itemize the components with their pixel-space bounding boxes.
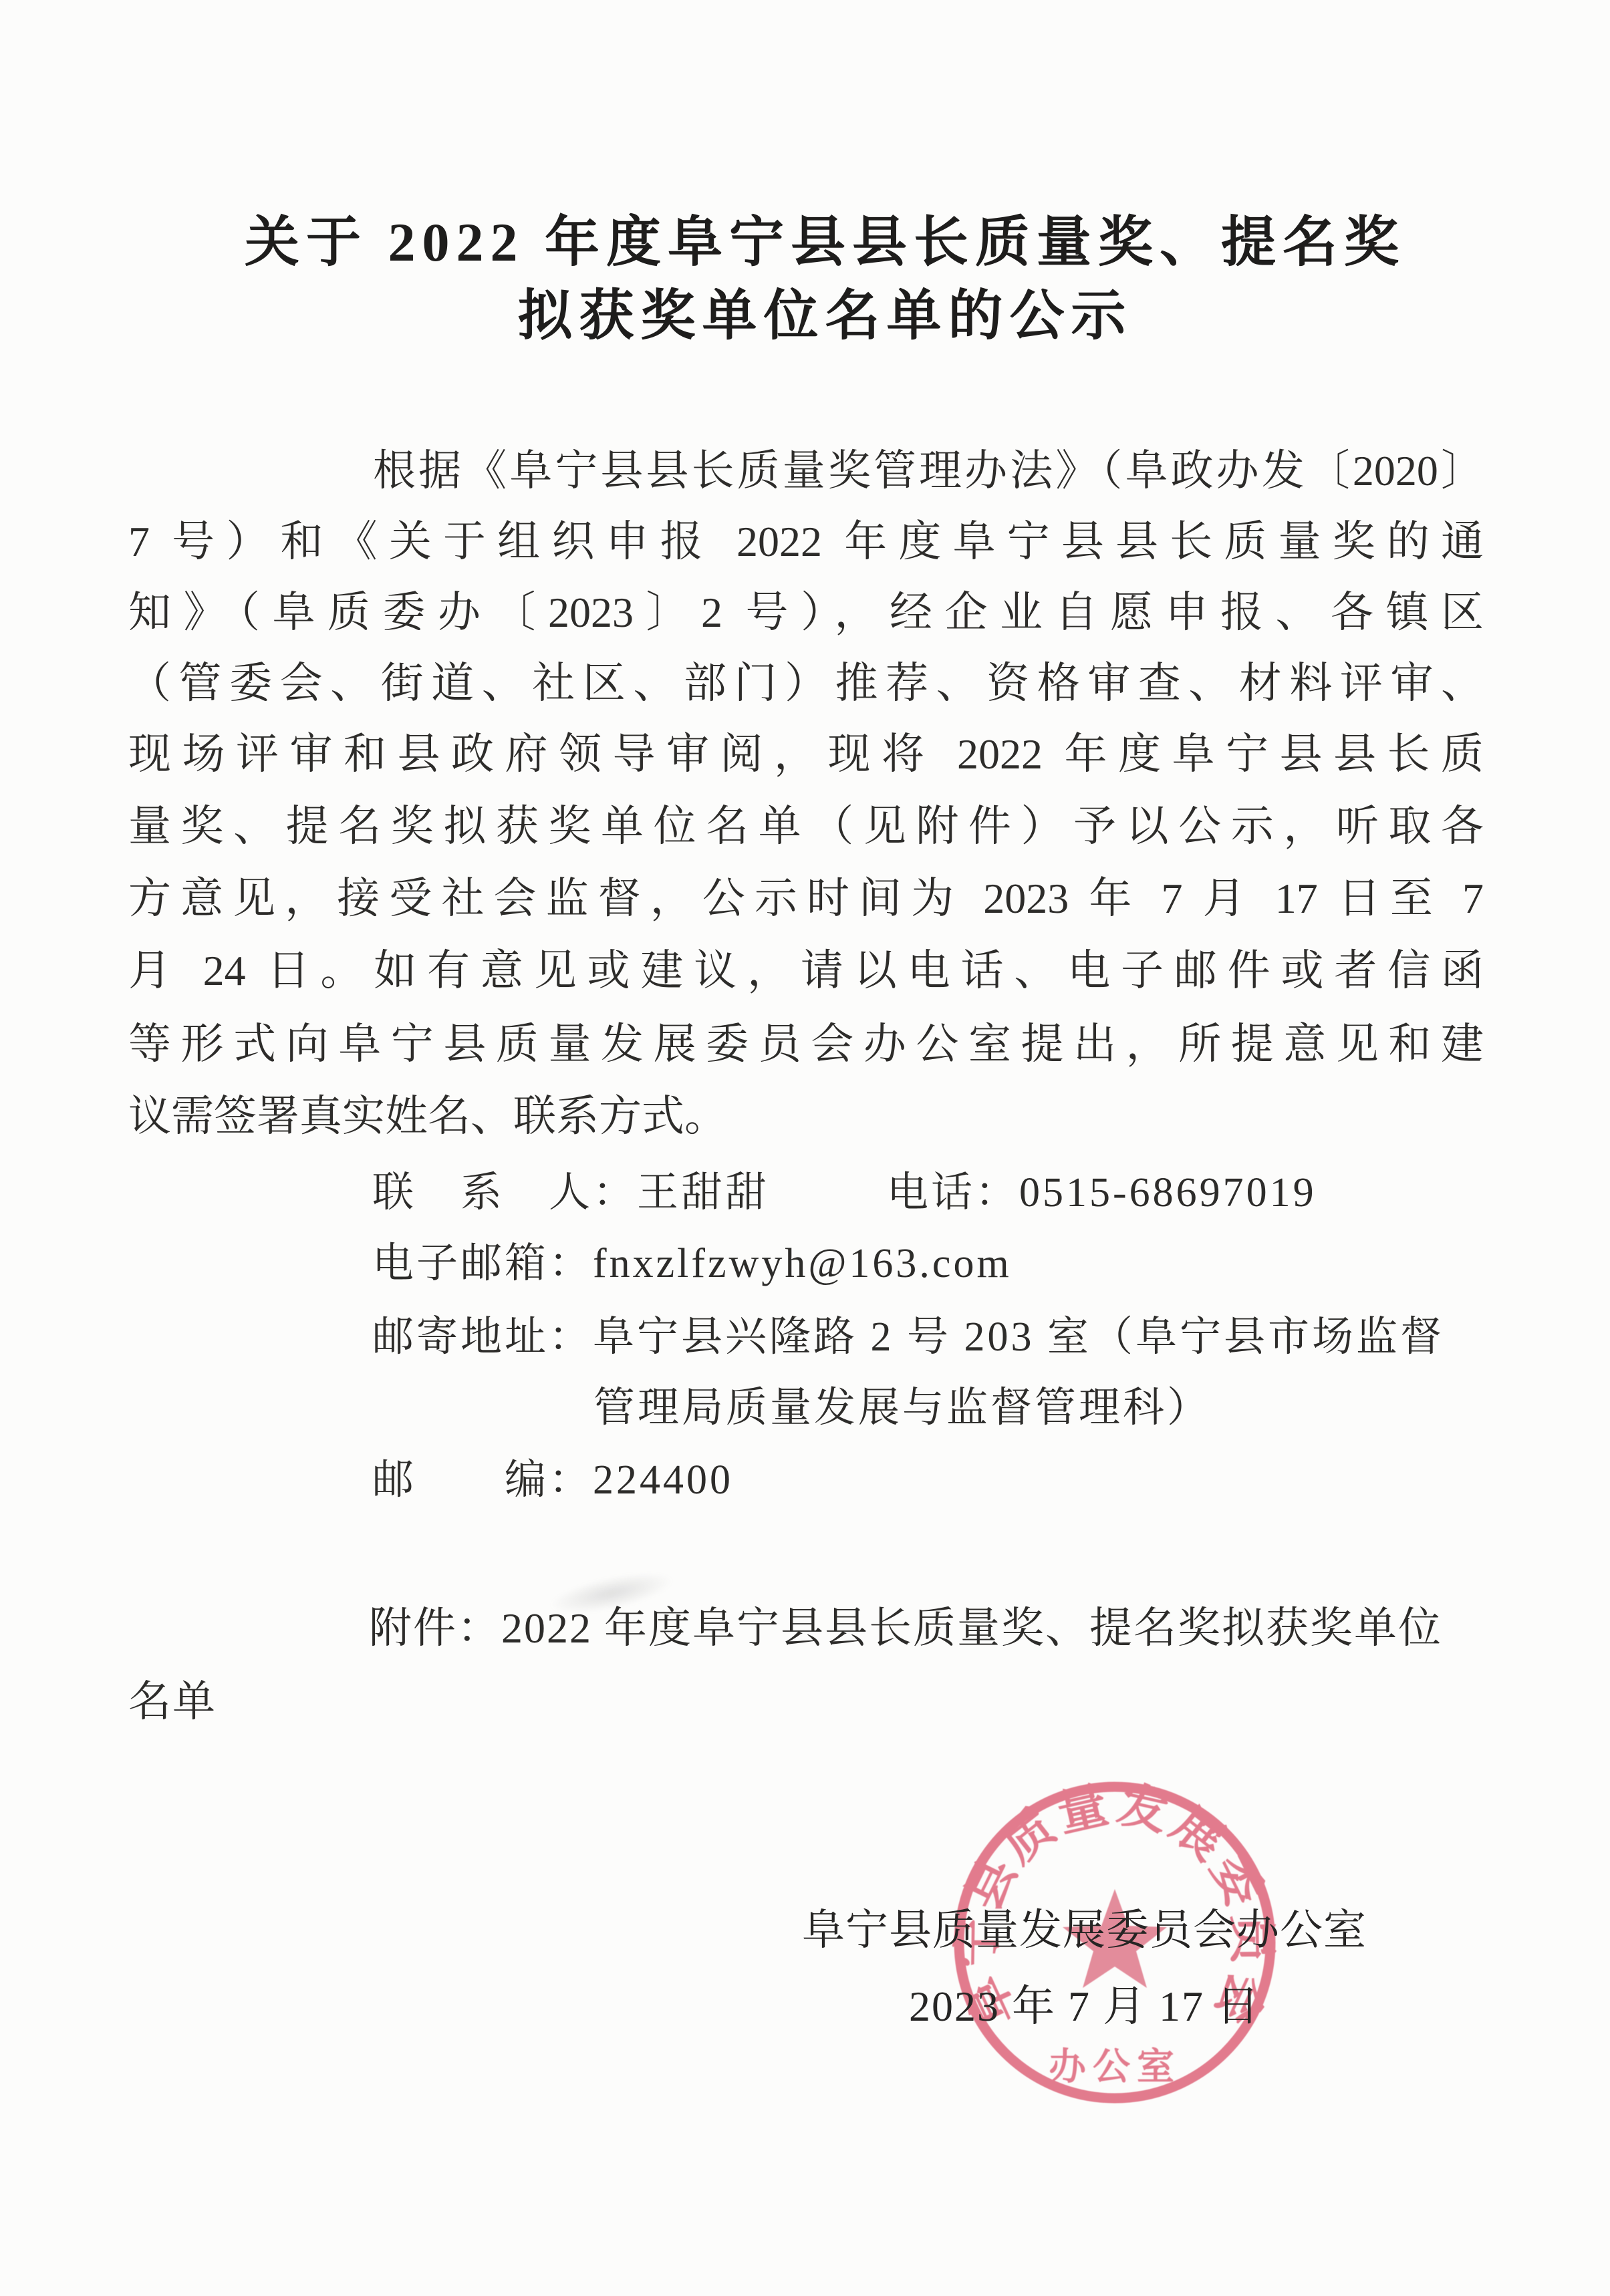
document-title: 关于 2022 年度阜宁县县长质量奖、提名奖 拟获奖单位名单的公示 <box>20 206 1610 353</box>
document-page: 阜宁县质量发展委员会 办公室 关于 2022 年度阜宁县县长质量奖、提名奖 拟获… <box>0 0 1610 2296</box>
attachment-line-1: 附件：2022 年度阜宁县县长质量奖、提名奖拟获奖单位 <box>369 1604 1442 1653</box>
body-line: 月 24 日。如有意见或建议，请以电话、电子邮件或者信函 <box>128 946 1484 996</box>
body-line: 根据《阜宁县县长质量奖管理办法》（阜政办发〔2020〕 <box>128 446 1484 496</box>
contact-phone: 电话：0515-68697019 <box>887 1169 1317 1217</box>
contact-email: 电子邮箱：fnxzlfzwyh@163.com <box>372 1240 1012 1288</box>
title-line-1: 关于 2022 年度阜宁县县长质量奖、提名奖 <box>20 206 1610 279</box>
body-line: 等形式向阜宁县质量发展委员会办公室提出，所提意见和建 <box>128 1020 1484 1069</box>
signature-organization: 阜宁县质量发展委员会办公室 <box>802 1906 1367 1955</box>
title-line-2: 拟获奖单位名单的公示 <box>20 279 1610 353</box>
contact-address-line-1: 邮寄地址：阜宁县兴隆路 2 号 203 室（阜宁县市场监督 <box>372 1314 1444 1361</box>
signature-date: 2023 年 7 月 17 日 <box>909 1982 1260 2031</box>
contact-address-line-2: 管理局质量发展与监督管理科） <box>593 1385 1211 1432</box>
body-line: 议需签署真实姓名、联系方式。 <box>128 1092 1484 1141</box>
body-line: （管委会、街道、社区、部门）推荐、资格审查、材料评审、 <box>128 659 1484 708</box>
contact-person: 联 系 人：王甜甜 <box>372 1169 769 1217</box>
body-line: 方意见，接受社会监督，公示时间为 2023 年 7 月 17 日至 7 <box>128 874 1484 923</box>
contact-postcode: 邮 编：224400 <box>372 1457 733 1504</box>
body-line: 知》（阜质委办〔2023〕2 号），经企业自愿申报、各镇区 <box>128 588 1484 637</box>
body-line: 现场评审和县政府领导审阅，现将 2022 年度阜宁县县长质 <box>128 730 1484 779</box>
seal-bottom-text: 办公室 <box>1049 2047 1181 2088</box>
body-line: 7 号）和《关于组织申报 2022 年度阜宁县县长质量奖的通 <box>128 517 1484 567</box>
body-line: 量奖、提名奖拟获奖单位名单（见附件）予以公示，听取各 <box>128 802 1484 851</box>
attachment-line-2: 名单 <box>128 1677 217 1727</box>
